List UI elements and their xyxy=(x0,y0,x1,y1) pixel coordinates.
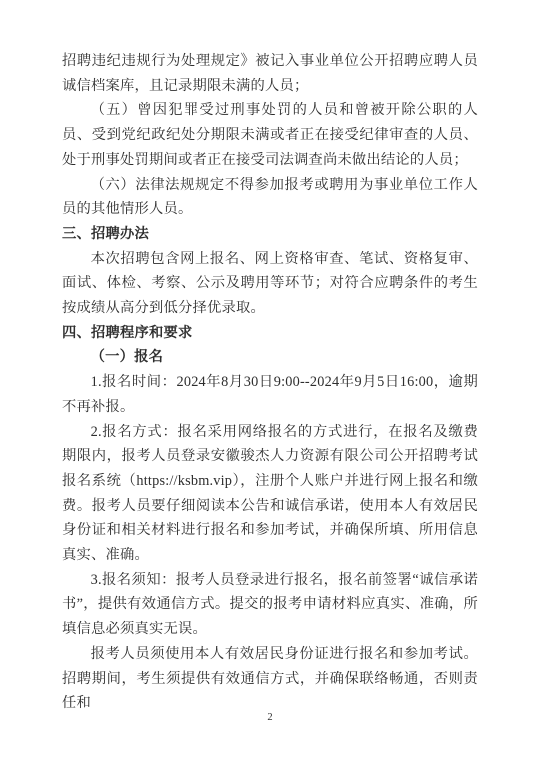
para-id-requirement: 报考人员须使用本人有效居民身份证进行报名和参加考试。招聘期间，考生须提供有效通信… xyxy=(62,642,478,716)
para-disqualification-continued: 招聘违纪违规行为处理规定》被记入事业单位公开招聘应聘人员诚信档案库，且记录期限未… xyxy=(62,49,478,98)
page-number: 2 xyxy=(0,712,540,723)
document-page: 招聘违纪违规行为处理规定》被记入事业单位公开招聘应聘人员诚信档案库，且记录期限未… xyxy=(0,0,540,763)
para-registration-time: 1.报名时间：2024年8月30日9:00--2024年9月5日16:00，逾期… xyxy=(62,370,478,419)
para-registration-method: 2.报名方式：报名采用网络报名的方式进行，在报名及缴费期限内，报考人员登录安徽骏… xyxy=(62,420,478,568)
para-item-five: （五）曾因犯罪受过刑事处罚的人员和曾被开除公职的人员、受到党纪政纪处分期限未满或… xyxy=(62,98,478,172)
heading-section-three: 三、招聘办法 xyxy=(62,222,478,247)
heading-subsection-registration: （一）报名 xyxy=(62,345,478,370)
para-registration-notes: 3.报名须知：报考人员登录进行报名，报名前签署“诚信承诺书”，提供有效通信方式。… xyxy=(62,568,478,642)
para-recruitment-method: 本次招聘包含网上报名、网上资格审查、笔试、资格复审、面试、体检、考察、公示及聘用… xyxy=(62,247,478,321)
heading-section-four: 四、招聘程序和要求 xyxy=(62,321,478,346)
para-item-six: （六）法律法规规定不得参加报考或聘用为事业单位工作人员的其他情形人员。 xyxy=(62,173,478,222)
document-body: 招聘违纪违规行为处理规定》被记入事业单位公开招聘应聘人员诚信档案库，且记录期限未… xyxy=(62,49,478,716)
